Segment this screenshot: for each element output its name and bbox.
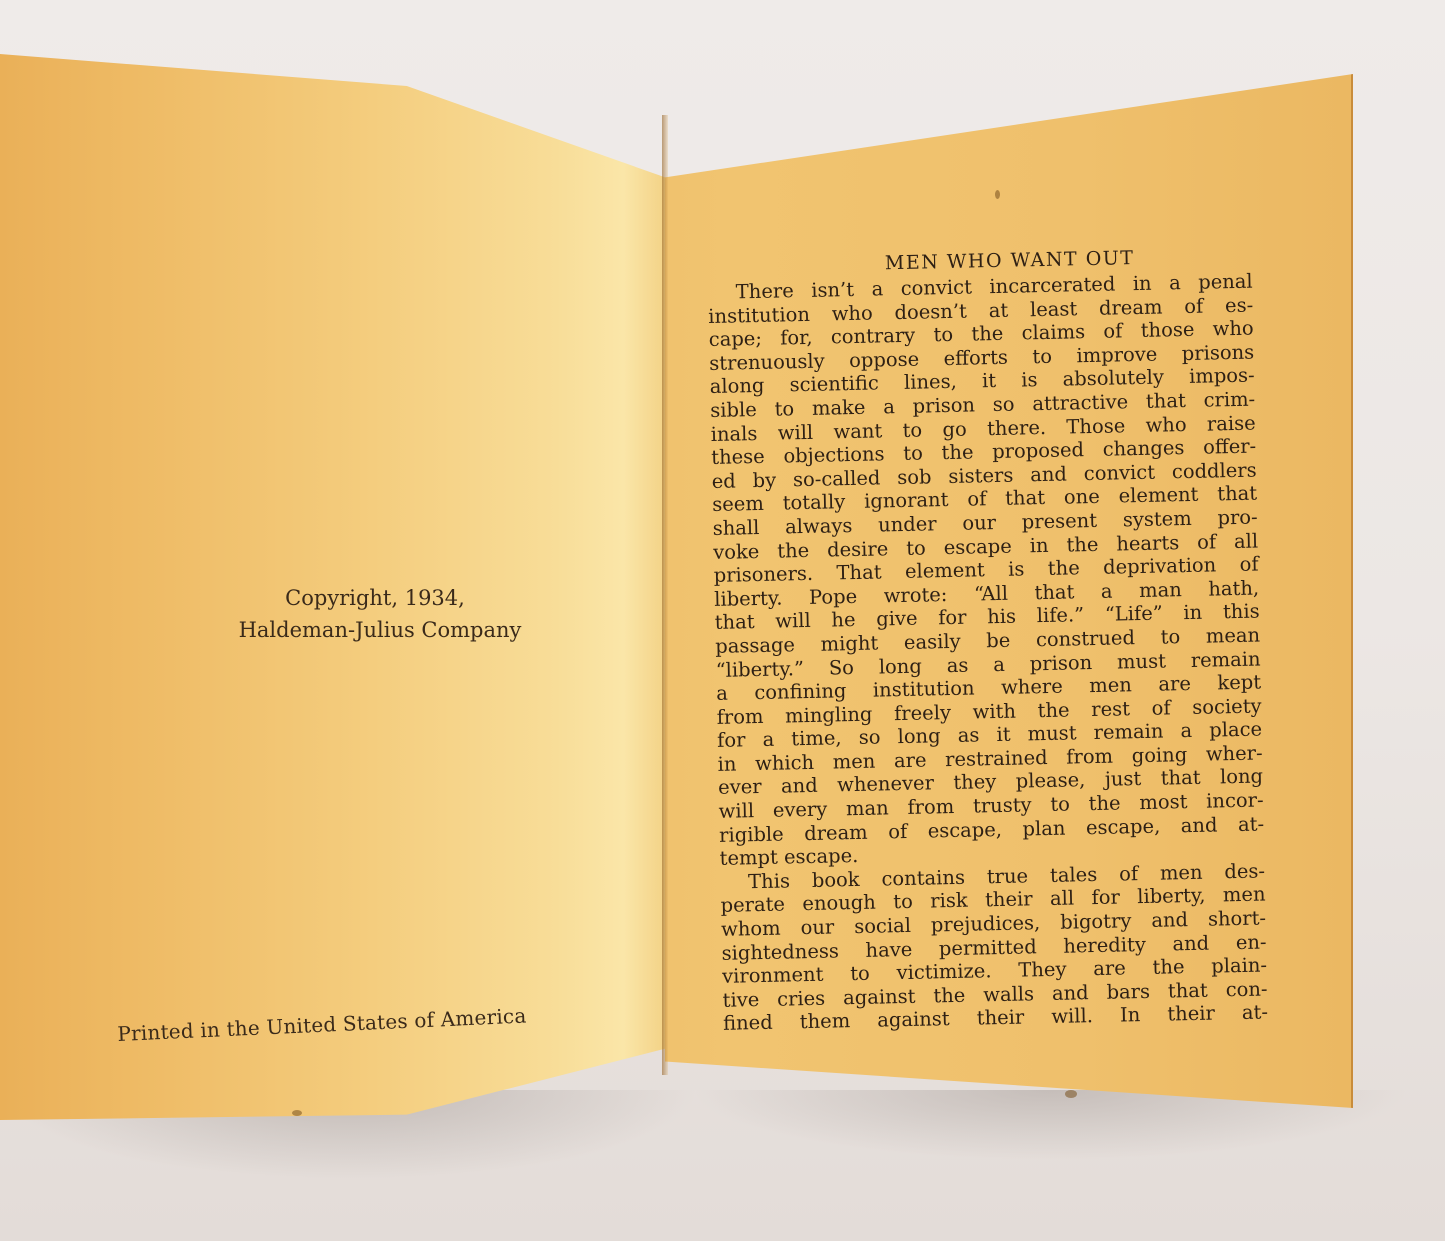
chapter-body: MEN WHO WANT OUT There isn’t a convict i… [707, 244, 1268, 1036]
publisher-name: Haldeman-Julius Company [120, 614, 620, 646]
copyright-year: Copyright, 1934, [120, 582, 620, 614]
book-gutter [662, 115, 668, 1075]
paper-stain [995, 190, 1000, 199]
paragraph-1: There isn’t a convict incarcerated in a … [708, 270, 1265, 871]
copyright-notice: Copyright, 1934, Haldeman-Julius Company [120, 582, 620, 646]
paragraph-2: This book contains true tales of men des… [720, 859, 1268, 1036]
paper-stain [292, 1110, 302, 1116]
paper-stain [1065, 1090, 1077, 1098]
